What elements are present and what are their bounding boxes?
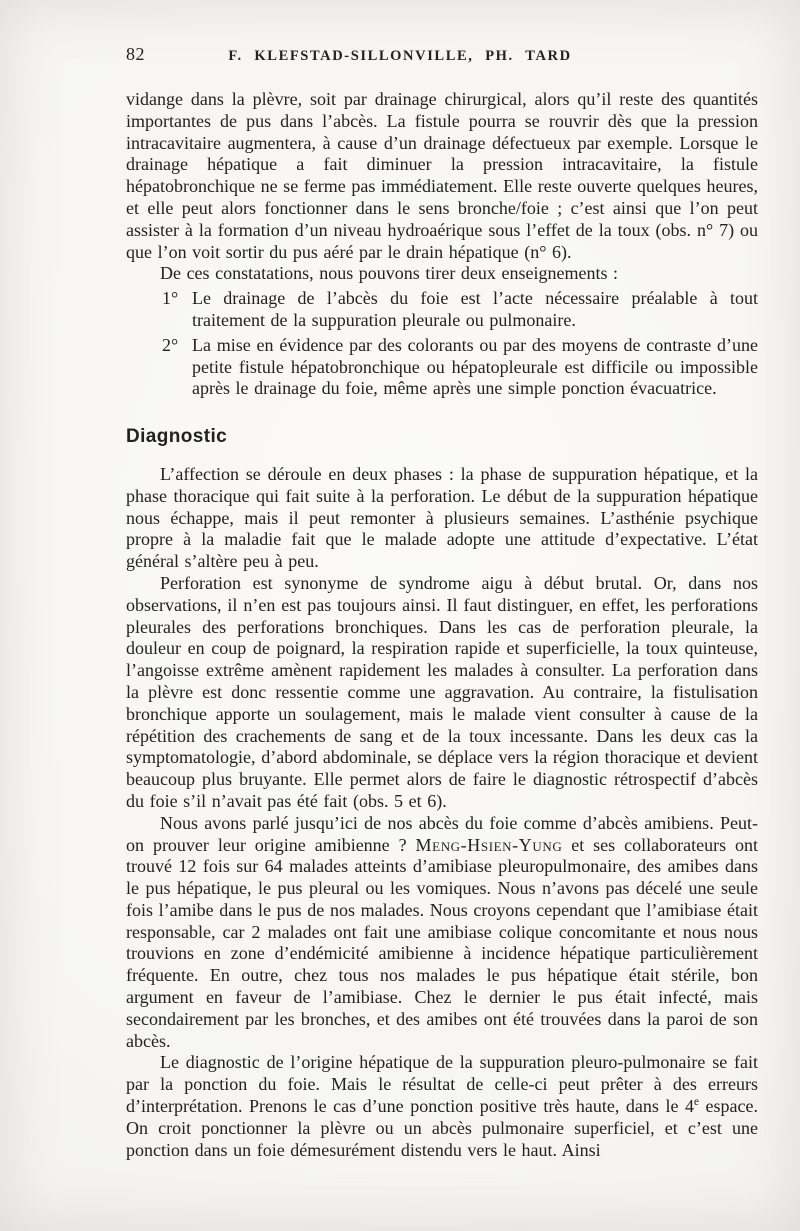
enum-item-2: 2° La mise en évidence par des colorants…	[126, 335, 758, 400]
paragraph-diagnostic-origine: Le diagnostic de l’origine hépatique de …	[126, 1052, 758, 1161]
paragraph-perforation: Perforation est synonyme de syndrome aig…	[126, 573, 758, 813]
paragraph-diagnostic-before: Le diagnostic de l’origine hépatique de …	[126, 1052, 758, 1116]
body-text-column: vidange dans la plèvre, soit par drainag…	[126, 89, 758, 1161]
enum-marker-1: 1°	[162, 288, 178, 310]
section-heading-diagnostic: Diagnostic	[126, 426, 758, 448]
paragraph-amibiens-after: et ses collaborateurs ont trouvé 12 fois…	[126, 835, 758, 1051]
paragraph-enseignements-intro: De ces constatations, nous pouvons tirer…	[126, 263, 758, 285]
running-head-authors: F. KLEFSTAD-SILLONVILLE, PH. TARD	[0, 48, 800, 65]
paragraph-continuation: vidange dans la plèvre, soit par drainag…	[126, 89, 758, 263]
enum-item-1: 1° Le drainage de l’abcès du foie est l’…	[126, 288, 758, 332]
enum-text-1: Le drainage de l’abcès du foie est l’act…	[192, 288, 758, 330]
enum-marker-2: 2°	[162, 335, 178, 357]
paragraph-amibiens: Nous avons parlé jusqu’ici de nos abcès …	[126, 813, 758, 1053]
scanned-paper-page: { "colors": { "paper": "#f6f5f2", "ink":…	[0, 0, 800, 1231]
enum-text-2: La mise en évidence par des colorants ou…	[192, 335, 758, 399]
paragraph-affection: L’affection se déroule en deux phases : …	[126, 464, 758, 573]
author-name-smallcaps: Meng-Hsien-Yung	[416, 835, 563, 855]
